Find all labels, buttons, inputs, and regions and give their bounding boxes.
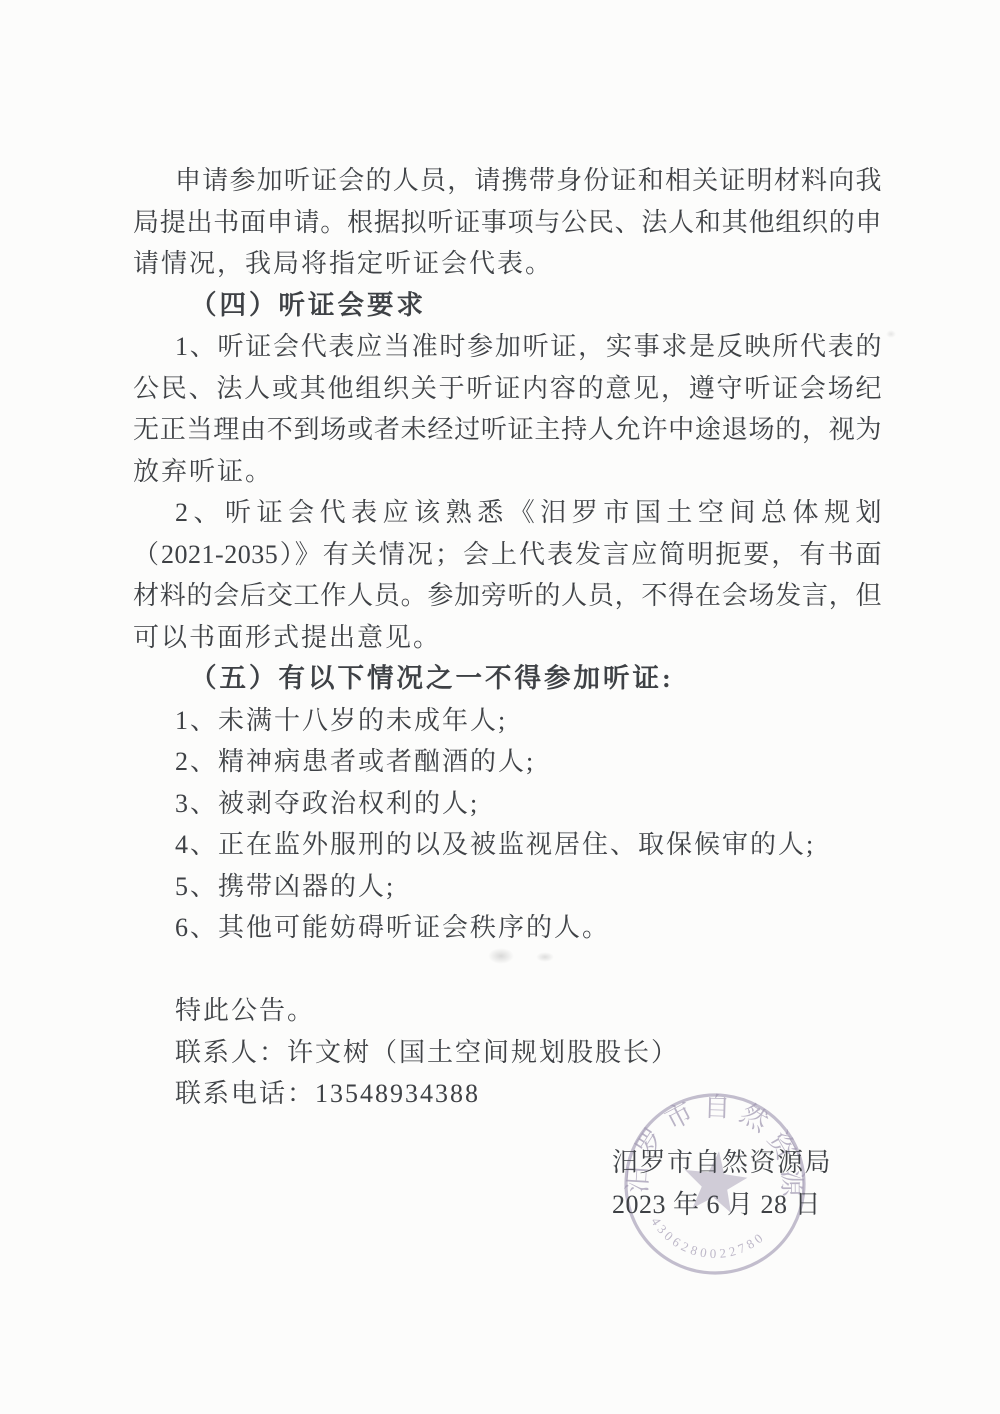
doc-line: 材料的会后交工作人员。参加旁听的人员，不得在会场发言，但 bbox=[133, 575, 882, 617]
signature-agency: 汨罗市自然资源局 bbox=[612, 1142, 842, 1184]
scan-smudge bbox=[536, 952, 554, 962]
doc-line: 公民、法人或其他组织关于听证内容的意见，遵守听证会场纪律。 bbox=[133, 368, 882, 410]
section-heading-5: （五）有以下情况之一不得参加听证: bbox=[133, 658, 882, 700]
doc-line: 可以书面形式提出意见。 bbox=[133, 617, 882, 659]
contact-phone-line: 联系电话：13548934388 bbox=[133, 1073, 882, 1115]
doc-line: 放弃听证。 bbox=[133, 451, 882, 493]
doc-line: 2、听证会代表应该熟悉《汨罗市国土空间总体规划 bbox=[133, 492, 882, 534]
list-item: 3、被剥夺政治权利的人; bbox=[133, 783, 882, 825]
list-item: 2、精神病患者或者酗酒的人; bbox=[133, 741, 882, 783]
closing-line: 特此公告。 bbox=[133, 990, 882, 1032]
list-item: 5、携带凶器的人; bbox=[133, 866, 882, 908]
scan-smudge bbox=[488, 948, 514, 964]
doc-line: 1、听证会代表应当准时参加听证，实事求是反映所代表的 bbox=[133, 326, 882, 368]
signature-date: 2023 年 6 月 28 日 bbox=[612, 1184, 842, 1226]
doc-line: 申请参加听证会的人员，请携带身份证和相关证明材料向我 bbox=[133, 160, 882, 202]
section-heading-4: （四）听证会要求 bbox=[133, 285, 882, 327]
list-item: 6、其他可能妨碍听证会秩序的人。 bbox=[133, 907, 882, 949]
list-item: 4、正在监外服刑的以及被监视居住、取保候审的人; bbox=[133, 824, 882, 866]
list-item: 1、未满十八岁的未成年人; bbox=[133, 700, 882, 742]
doc-line: （2021-2035）》有关情况；会上代表发言应简明扼要，有书面 bbox=[133, 534, 882, 576]
doc-line: 请情况，我局将指定听证会代表。 bbox=[133, 243, 882, 285]
scan-smudge bbox=[886, 330, 896, 338]
document-body: 申请参加听证会的人员，请携带身份证和相关证明材料向我 局提出书面申请。根据拟听证… bbox=[133, 160, 882, 1115]
doc-line: 无正当理由不到场或者未经过听证主持人允许中途退场的，视为 bbox=[133, 409, 882, 451]
scanned-notice-page: 汨罗市自然资源局 4306280022780 申请参加听证会的人员，请携带身份证… bbox=[0, 0, 1000, 1414]
contact-person-line: 联系人：许文树（国土空间规划股股长） bbox=[133, 1032, 882, 1074]
signature-block: 汨罗市自然资源局 2023 年 6 月 28 日 bbox=[612, 1142, 842, 1226]
doc-line: 局提出书面申请。根据拟听证事项与公民、法人和其他组织的申 bbox=[133, 202, 882, 244]
